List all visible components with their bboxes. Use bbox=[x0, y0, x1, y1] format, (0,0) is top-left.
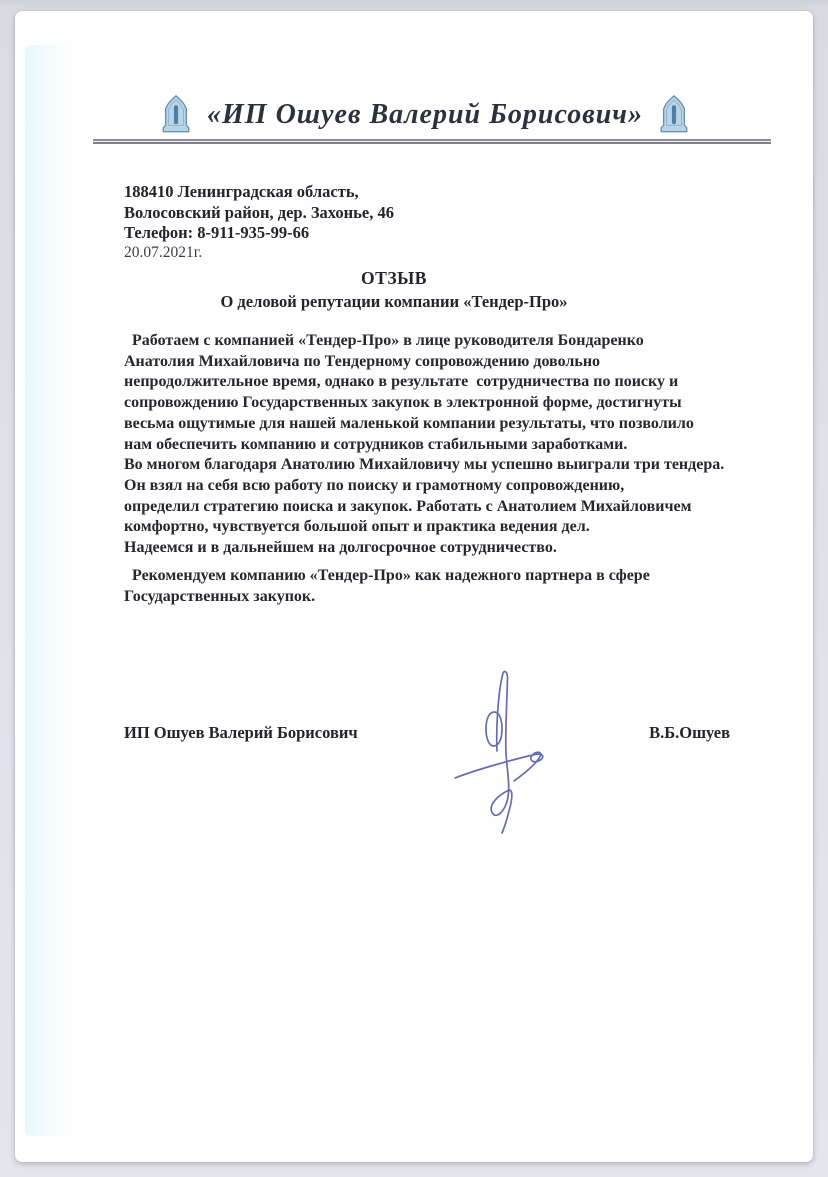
document-title: ОТЗЫВ bbox=[124, 268, 664, 289]
body-paragraph-2: Рекомендуем компанию «Тендер-Про» как на… bbox=[124, 566, 789, 607]
letter-date: 20.07.2021г. bbox=[124, 244, 202, 262]
company-title: «ИП Ошуев Валерий Борисович» bbox=[207, 99, 643, 131]
document-subtitle: О деловой репутации компании «Тендер-Про… bbox=[124, 292, 664, 312]
scan-edge-tint bbox=[25, 45, 75, 1136]
signer-initials: В.Б.Ошуев bbox=[649, 723, 730, 743]
scanned-letter-photo: «ИП Ошуев Валерий Борисович» 188410 Лени… bbox=[0, 0, 828, 1177]
letterhead-divider bbox=[93, 139, 771, 144]
phone-line: Телефон: 8-911-935-99-66 bbox=[124, 223, 394, 244]
signer-name: ИП Ошуев Валерий Борисович bbox=[124, 723, 358, 743]
address-line-1: 188410 Ленинградская область, bbox=[124, 182, 394, 203]
contact-block: 188410 Ленинградская область, Волосовски… bbox=[124, 182, 394, 244]
handwritten-signature bbox=[440, 650, 575, 835]
letter-page: «ИП Ошуев Валерий Борисович» 188410 Лени… bbox=[15, 11, 813, 1162]
building-stele-icon bbox=[161, 93, 191, 137]
address-line-2: Волосовский район, дер. Захонье, 46 bbox=[124, 203, 394, 224]
body-paragraph-1: Работаем с компанией «Тендер-Про» в лице… bbox=[124, 331, 789, 559]
building-stele-icon bbox=[659, 93, 689, 137]
title-block: ОТЗЫВ О деловой репутации компании «Тенд… bbox=[124, 268, 664, 312]
letterhead: «ИП Ошуев Валерий Борисович» bbox=[95, 93, 755, 137]
